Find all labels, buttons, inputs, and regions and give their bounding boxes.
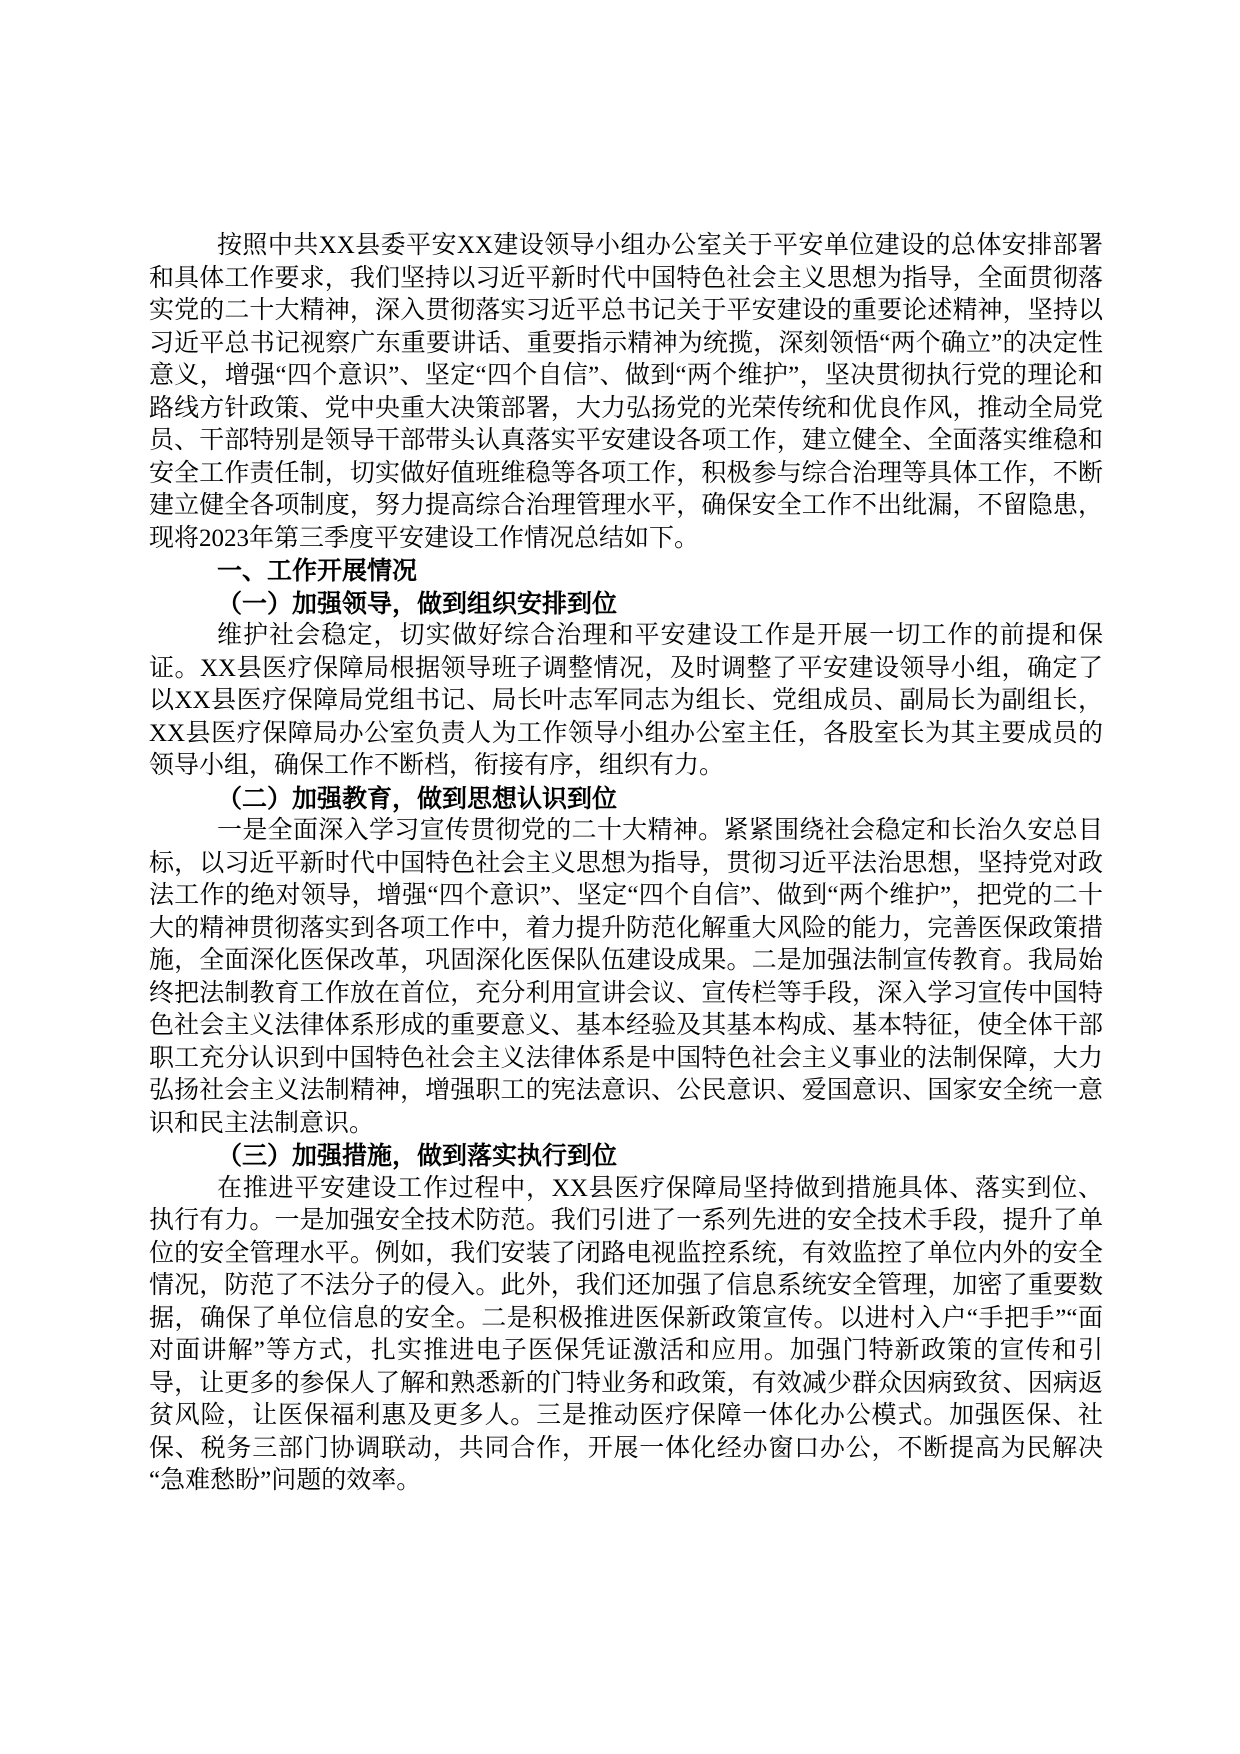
paragraph-education: 一是全面深入学习宣传贯彻党的二十大精神。紧紧围绕社会稳定和长治久安总目标，以习近…: [149, 815, 1103, 1140]
document-page: 按照中共XX县委平安XX建设领导小组办公室关于平安单位建设的总体安排部署和具体工…: [0, 0, 1240, 1754]
subsection-heading-strengthen-leadership: （一）加强领导，做到组织安排到位: [149, 588, 1103, 621]
document-body: 按照中共XX县委平安XX建设领导小组办公室关于平安单位建设的总体安排部署和具体工…: [149, 230, 1103, 1498]
paragraph-measures: 在推进平安建设工作过程中，XX县医疗保障局坚持做到措施具体、落实到位、执行有力。…: [149, 1173, 1103, 1498]
intro-paragraph: 按照中共XX县委平安XX建设领导小组办公室关于平安单位建设的总体安排部署和具体工…: [149, 230, 1103, 555]
subsection-heading-strengthen-measures: （三）加强措施，做到落实执行到位: [149, 1140, 1103, 1173]
subsection-heading-strengthen-education: （二）加强教育，做到思想认识到位: [149, 783, 1103, 816]
section-heading-work-progress: 一、工作开展情况: [149, 555, 1103, 588]
paragraph-leadership: 维护社会稳定，切实做好综合治理和平安建设工作是开展一切工作的前提和保证。XX县医…: [149, 620, 1103, 783]
